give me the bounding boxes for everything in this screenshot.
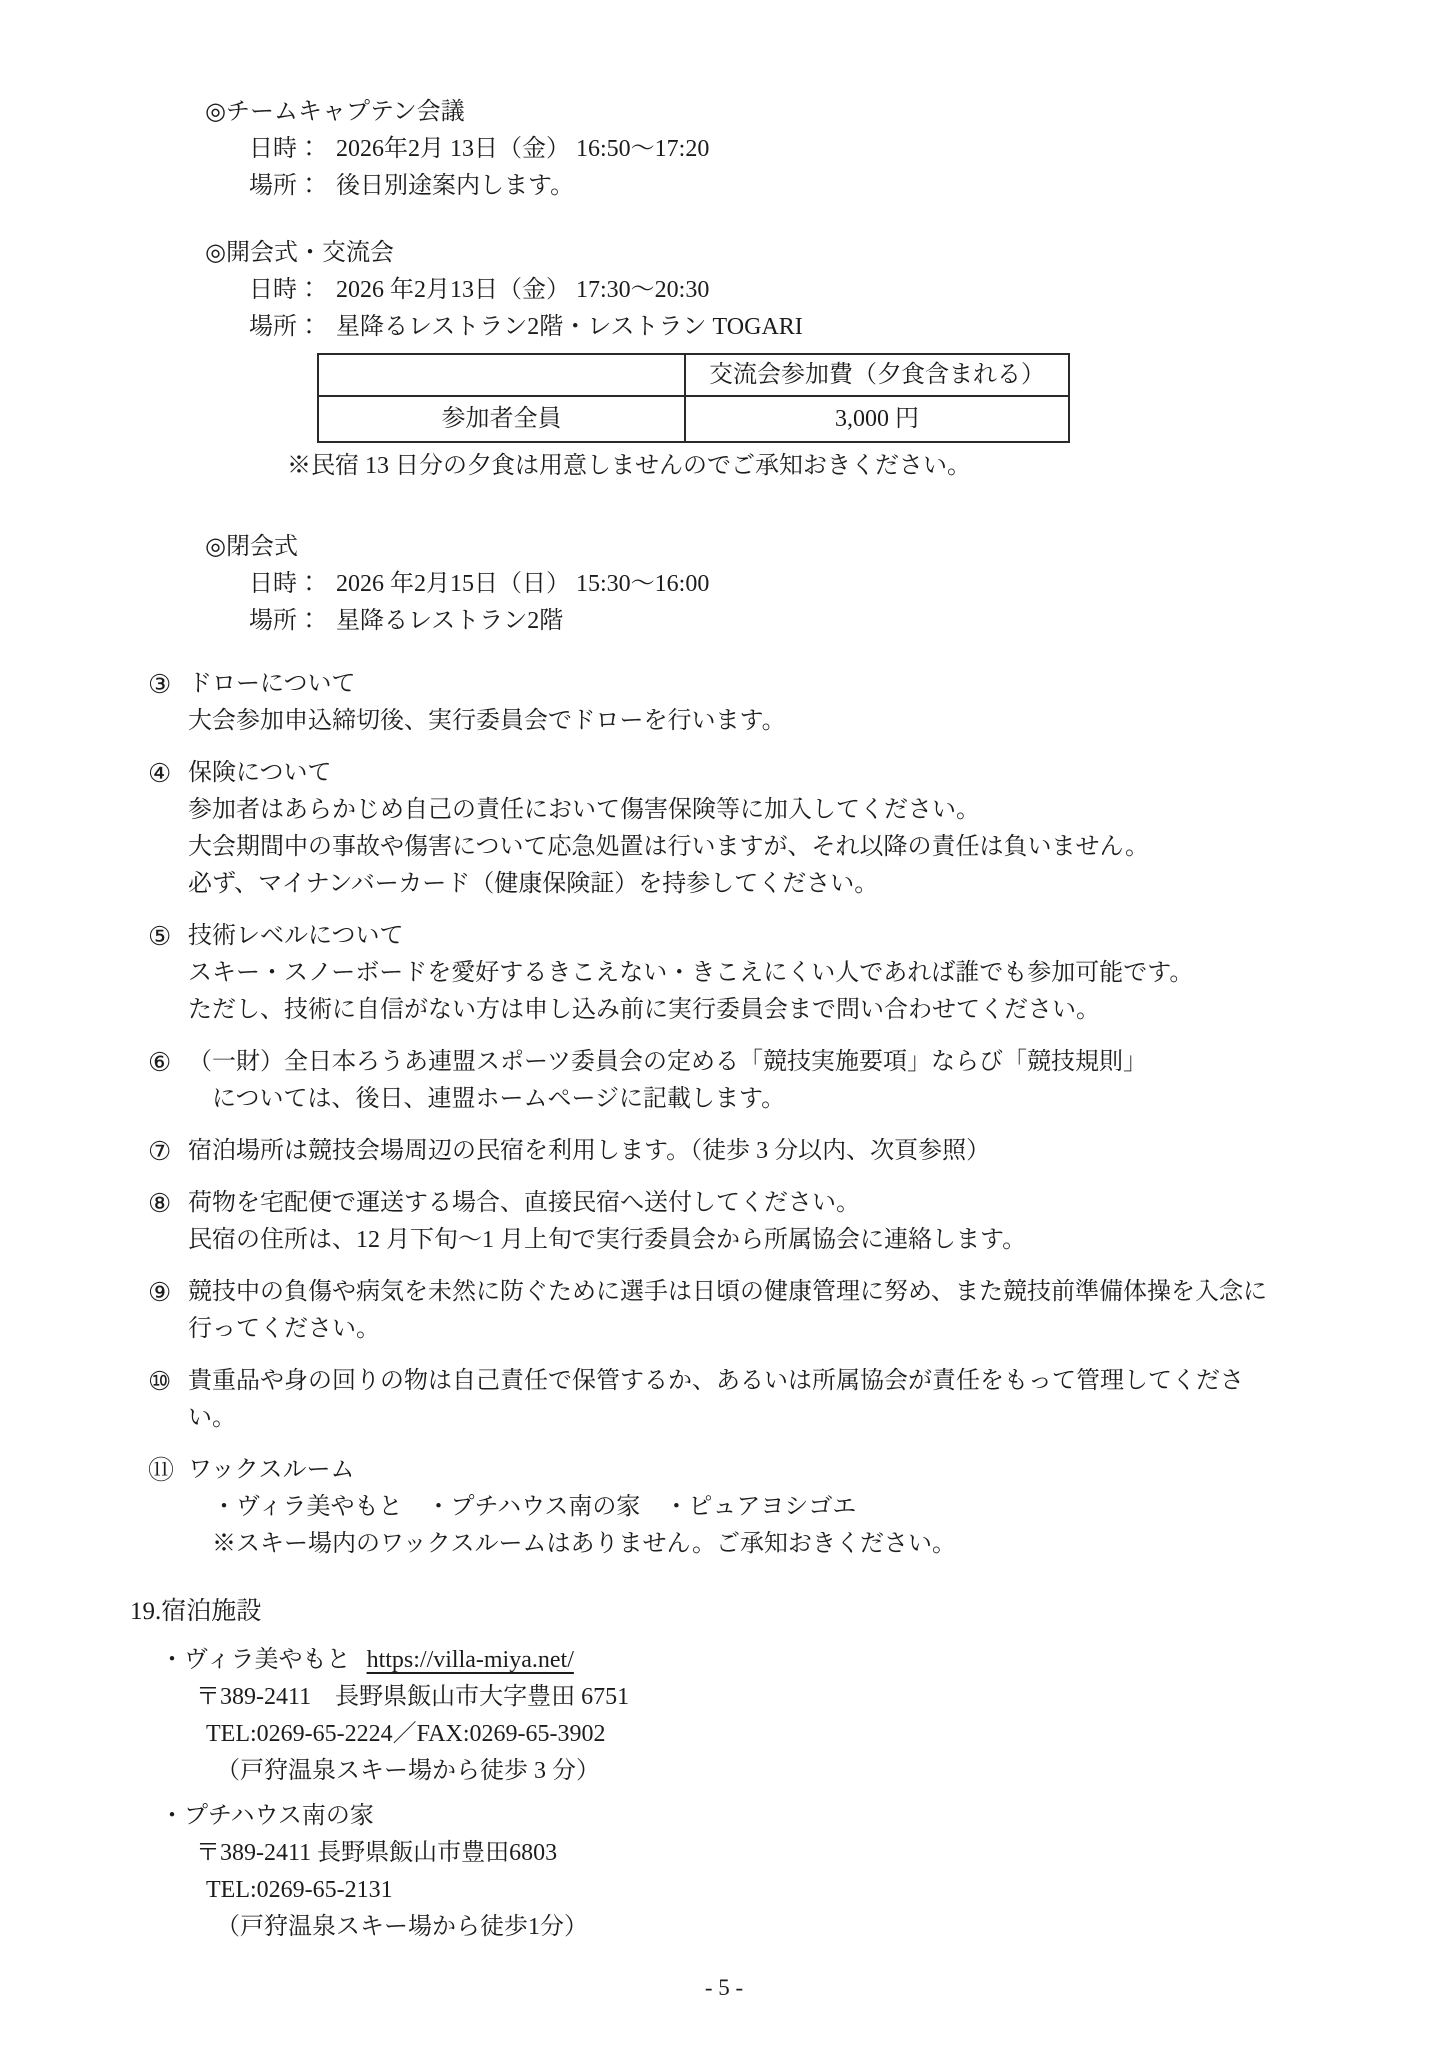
item-number: ⑩ <box>148 1363 188 1437</box>
datetime-value: 2026 年2月15日（日） 15:30～16:00 <box>336 566 709 603</box>
item-line: スキー・スノーボードを愛好するきこえない・きこえにくい人であれば誰でも参加可能で… <box>188 955 1193 992</box>
event-location-row: 場所： 星降るレストラン2階 <box>205 603 1448 640</box>
item-number: ⑧ <box>148 1185 188 1259</box>
lodging-section-heading: 19.宿泊施設 <box>130 1593 1448 1630</box>
event-title: ◎開会式・交流会 <box>205 235 1448 272</box>
item-number: ⑪ <box>148 1452 188 1563</box>
numbered-item-valuables: ⑩ 貴重品や身の回りの物は自己責任で保管するか、あるいは所属協会が責任をもって管… <box>148 1363 1448 1437</box>
item-number: ④ <box>148 755 188 903</box>
item-line: 参加者はあらかじめ自己の責任において傷害保険等に加入してください。 <box>188 792 1149 829</box>
fee-table: 交流会参加費（夕食含まれる） 参加者全員 3,000 円 <box>317 353 1070 443</box>
event-location-row: 場所： 星降るレストラン2階・レストラン TOGARI <box>205 309 1448 346</box>
item-number: ⑦ <box>148 1133 188 1170</box>
lodge-access: （戸狩温泉スキー場から徒歩1分） <box>160 1909 1448 1946</box>
lodge-villa-miyamoto: ・ヴィラ美やもと https://villa-miya.net/ 〒389-24… <box>160 1642 1448 1790</box>
lodge-name: ・プチハウス南の家 <box>160 1798 374 1835</box>
numbered-item-health-management: ⑨ 競技中の負傷や病気を未然に防ぐために選手は日頃の健康管理に努め、また競技前準… <box>148 1274 1448 1348</box>
item-number: ③ <box>148 666 188 740</box>
fee-table-empty-header-cell <box>318 354 685 396</box>
location-label: 場所： <box>249 168 321 205</box>
event-datetime-row: 日時： 2026 年2月15日（日） 15:30～16:00 <box>205 566 1448 603</box>
datetime-label: 日時： <box>249 566 321 603</box>
event-datetime-row: 日時： 2026年2月 13日（金） 16:50～17:20 <box>205 131 1448 168</box>
lodging-section: 19.宿泊施設 ・ヴィラ美やもと https://villa-miya.net/… <box>130 1593 1448 1946</box>
location-label: 場所： <box>249 603 321 640</box>
item-line: 宿泊場所は競技会場周辺の民宿を利用します。（徒歩 3 分以内、次頁参照） <box>188 1133 990 1170</box>
numbered-item-skill-level: ⑤ 技術レベルについて スキー・スノーボードを愛好するきこえない・きこえにくい人… <box>148 918 1448 1029</box>
numbered-item-lodging-location: ⑦ 宿泊場所は競技会場周辺の民宿を利用します。（徒歩 3 分以内、次頁参照） <box>148 1133 1448 1170</box>
item-line: （一財）全日本ろうあ連盟スポーツ委員会の定める「競技実施要項」ならび「競技規則」 <box>188 1044 1147 1081</box>
item-line: 民宿の住所は、12 月下旬～1 月上旬で実行委員会から所属協会に連絡します。 <box>188 1222 1026 1259</box>
numbered-notes-section: ③ ドローについて 大会参加申込締切後、実行委員会でドローを行います。 ④ 保険… <box>148 666 1448 1563</box>
participants-cell: 参加者全員 <box>318 396 685 442</box>
datetime-label: 日時： <box>249 272 321 309</box>
event-opening-ceremony: ◎開会式・交流会 日時： 2026 年2月13日（金） 17:30～20:30 … <box>205 235 1448 485</box>
lodge-url-link[interactable]: https://villa-miya.net/ <box>367 1642 574 1679</box>
document-page: ◎チームキャプテン会議 日時： 2026年2月 13日（金） 16:50～17:… <box>0 0 1448 2048</box>
item-line: 保険について <box>188 755 1149 792</box>
fee-amount-cell: 3,000 円 <box>685 396 1069 442</box>
item-line: については、後日、連盟ホームページに記載します。 <box>188 1081 1147 1118</box>
lodge-access: （戸狩温泉スキー場から徒歩 3 分） <box>160 1753 1448 1790</box>
lodge-petit-house-minami: ・プチハウス南の家 〒389-2411 長野県飯山市豊田6803 TEL:026… <box>160 1798 1448 1946</box>
event-team-captain-meeting: ◎チームキャプテン会議 日時： 2026年2月 13日（金） 16:50～17:… <box>205 94 1448 205</box>
lodge-tel-fax: TEL:0269-65-2224／FAX:0269-65-3902 <box>160 1716 1448 1753</box>
numbered-item-wax-room: ⑪ ワックスルーム ・ヴィラ美やもと ・プチハウス南の家 ・ピュアヨシゴエ ※ス… <box>148 1452 1448 1563</box>
event-closing-ceremony: ◎閉会式 日時： 2026 年2月15日（日） 15:30～16:00 場所： … <box>205 529 1448 640</box>
datetime-value: 2026 年2月13日（金） 17:30～20:30 <box>336 272 709 309</box>
item-line: 競技中の負傷や病気を未然に防ぐために選手は日頃の健康管理に努め、また競技前準備体… <box>188 1274 1273 1348</box>
location-label: 場所： <box>249 309 321 346</box>
lodge-name: ・ヴィラ美やもと <box>160 1642 351 1679</box>
item-line: 荷物を宅配便で運送する場合、直接民宿へ送付してください。 <box>188 1185 1026 1222</box>
item-line: ※スキー場内のワックスルームはありません。ご承知おきください。 <box>188 1526 956 1563</box>
item-line: ただし、技術に自信がない方は申し込み前に実行委員会まで問い合わせてください。 <box>188 992 1193 1029</box>
item-number: ⑤ <box>148 918 188 1029</box>
lodge-tel: TEL:0269-65-2131 <box>160 1872 1448 1909</box>
item-line: 貴重品や身の回りの物は自己責任で保管するか、あるいは所属協会が責任をもって管理し… <box>188 1363 1273 1437</box>
fee-table-header-row: 交流会参加費（夕食含まれる） <box>318 354 1069 396</box>
fee-table-fee-header-cell: 交流会参加費（夕食含まれる） <box>685 354 1069 396</box>
item-line: ワックスルーム <box>188 1452 956 1489</box>
event-datetime-row: 日時： 2026 年2月13日（金） 17:30～20:30 <box>205 272 1448 309</box>
event-title: ◎チームキャプテン会議 <box>205 94 1448 131</box>
item-line: ドローについて <box>188 666 786 703</box>
numbered-item-insurance: ④ 保険について 参加者はあらかじめ自己の責任において傷害保険等に加入してくださ… <box>148 755 1448 903</box>
numbered-item-luggage: ⑧ 荷物を宅配便で運送する場合、直接民宿へ送付してください。 民宿の住所は、12… <box>148 1185 1448 1259</box>
numbered-item-federation-rules: ⑥ （一財）全日本ろうあ連盟スポーツ委員会の定める「競技実施要項」ならび「競技規… <box>148 1044 1448 1118</box>
lodge-address: 〒389-2411 長野県飯山市豊田6803 <box>160 1835 1448 1872</box>
page-number: - 5 - <box>0 1969 1448 2006</box>
item-line: 必ず、マイナンバーカード（健康保険証）を持参してください。 <box>188 866 1149 903</box>
datetime-label: 日時： <box>249 131 321 168</box>
item-line: ・ヴィラ美やもと ・プチハウス南の家 ・ピュアヨシゴエ <box>188 1489 956 1526</box>
location-value: 星降るレストラン2階・レストラン TOGARI <box>336 309 803 346</box>
item-line: 大会期間中の事故や傷害について応急処置は行いますが、それ以降の責任は負いません。 <box>188 829 1149 866</box>
fee-table-data-row: 参加者全員 3,000 円 <box>318 396 1069 442</box>
item-line: 大会参加申込締切後、実行委員会でドローを行います。 <box>188 703 786 740</box>
numbered-item-draw: ③ ドローについて 大会参加申込締切後、実行委員会でドローを行います。 <box>148 666 1448 740</box>
event-schedule-section: ◎チームキャプテン会議 日時： 2026年2月 13日（金） 16:50～17:… <box>205 94 1448 640</box>
item-number: ⑨ <box>148 1274 188 1348</box>
event-title: ◎閉会式 <box>205 529 1448 566</box>
item-line: 技術レベルについて <box>188 918 1193 955</box>
fee-table-note: ※民宿 13 日分の夕食は用意しませんのでご承知おきください。 <box>205 448 1448 485</box>
location-value: 星降るレストラン2階 <box>336 603 563 640</box>
location-value: 後日別途案内します。 <box>336 168 574 205</box>
datetime-value: 2026年2月 13日（金） 16:50～17:20 <box>336 131 709 168</box>
event-location-row: 場所： 後日別途案内します。 <box>205 168 1448 205</box>
item-number: ⑥ <box>148 1044 188 1118</box>
lodge-address: 〒389-2411 長野県飯山市大字豊田 6751 <box>160 1679 1448 1716</box>
